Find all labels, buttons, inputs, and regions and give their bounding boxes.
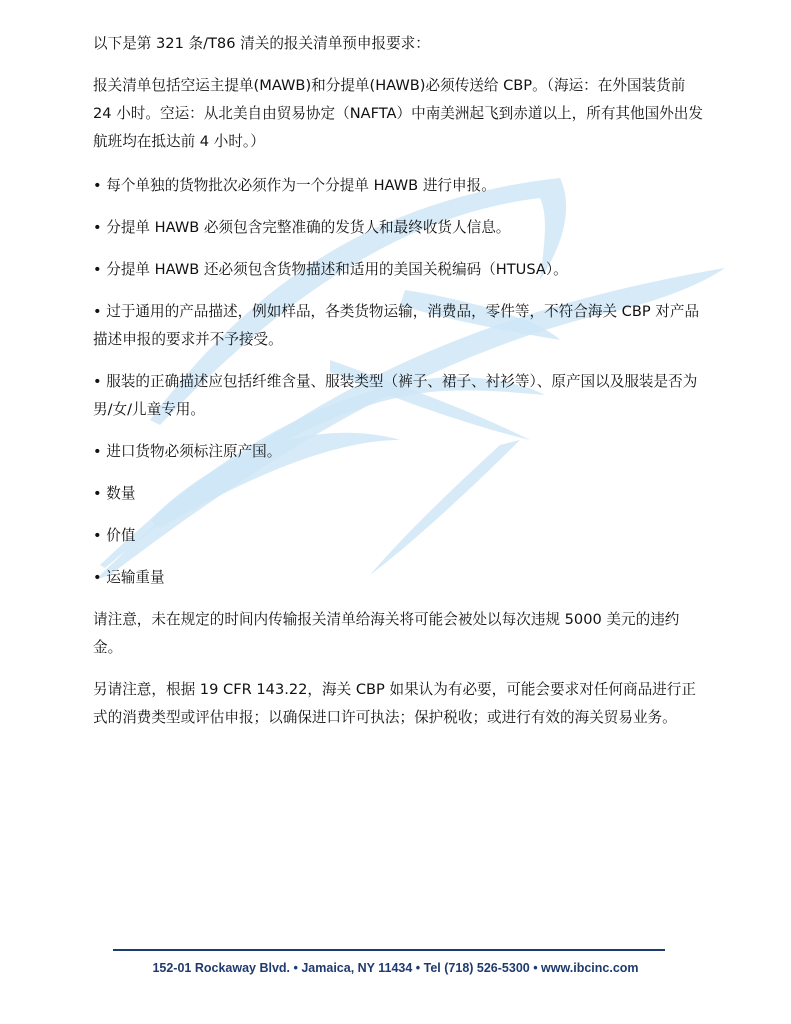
cfr-notice: 另请注意，根据 19 CFR 143.22，海关 CBP 如果认为有必要，可能会… bbox=[93, 676, 703, 732]
document-body: 以下是第 321 条/T86 清关的报关清单预申报要求： 报关清单包括空运主提单… bbox=[93, 30, 703, 746]
bullet-item: • 进口货物必须标注原产国。 bbox=[93, 438, 703, 466]
bullet-item: • 数量 bbox=[93, 480, 703, 508]
requirement-paragraph: 报关清单包括空运主提单(MAWB)和分提单(HAWB)必须传送给 CBP。（海运… bbox=[93, 72, 703, 156]
penalty-notice: 请注意，未在规定的时间内传输报关清单给海关将可能会被处以每次违规 5000 美元… bbox=[93, 606, 703, 662]
bullet-item: • 服装的正确描述应包括纤维含量、服装类型（裤子、裙子、衬衫等）、原产国以及服装… bbox=[93, 368, 703, 424]
intro-heading: 以下是第 321 条/T86 清关的报关清单预申报要求： bbox=[93, 30, 703, 58]
bullet-item: • 过于通用的产品描述，例如样品，各类货物运输，消费品，零件等，不符合海关 CB… bbox=[93, 298, 703, 354]
bullet-item: • 价值 bbox=[93, 522, 703, 550]
bullet-item: • 每个单独的货物批次必须作为一个分提单 HAWB 进行申报。 bbox=[93, 172, 703, 200]
footer-address: 152-01 Rockaway Blvd. • Jamaica, NY 1143… bbox=[0, 961, 791, 975]
bullet-item: • 运输重量 bbox=[93, 564, 703, 592]
footer-divider bbox=[113, 949, 665, 951]
bullet-item: • 分提单 HAWB 必须包含完整准确的发货人和最终收货人信息。 bbox=[93, 214, 703, 242]
bullet-item: • 分提单 HAWB 还必须包含货物描述和适用的美国关税编码（HTUSA）。 bbox=[93, 256, 703, 284]
